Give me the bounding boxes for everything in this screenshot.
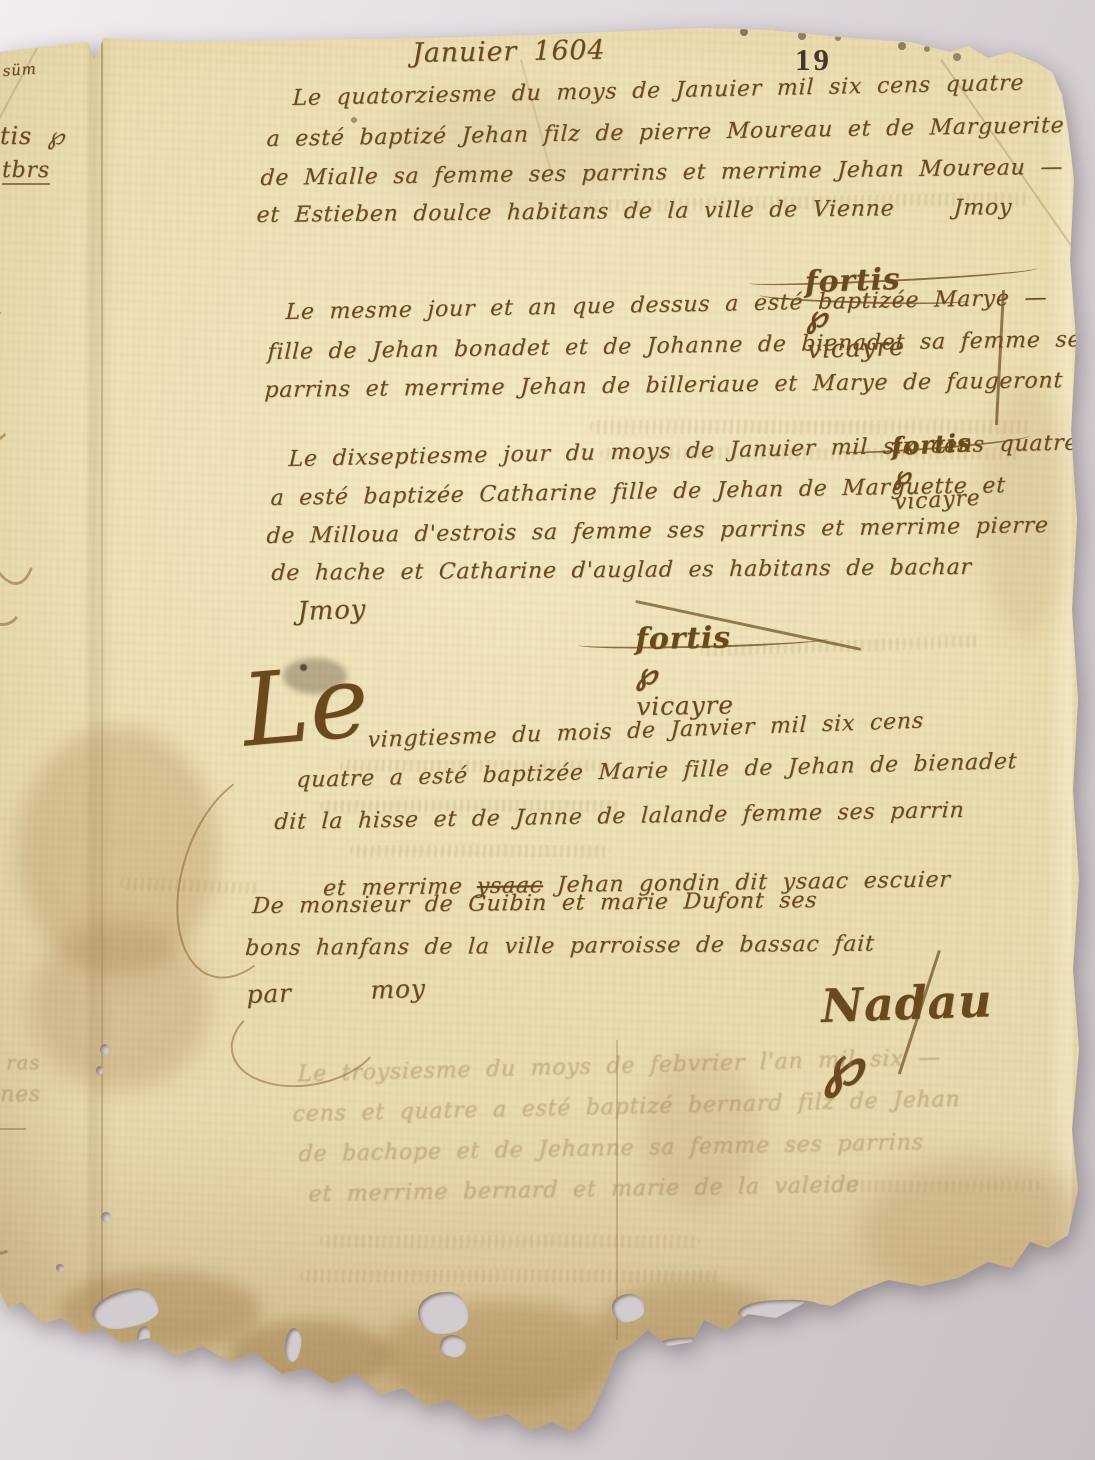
entry4-line6: bons hanfans de la ville parroisse de ba… [244,932,875,961]
margin-fragment: tis ℘ [0,122,65,150]
edge-stain [60,1270,260,1350]
manuscript-paper-wrap: Januier 1604 19 Le quatorziesme du moys … [0,0,1095,1460]
bleed-through-text [300,1270,720,1282]
paraph-flourish: ℘ [635,657,651,692]
manuscript-paper: Januier 1604 19 Le quatorziesme du moys … [0,0,1095,1460]
margin-pen-stroke [0,1128,26,1130]
margin-fragment: ras [6,1050,40,1074]
bleed-through-text [320,1235,700,1248]
margin-fragment: süm [2,60,37,80]
worm-hole [101,1212,111,1222]
bleed-through-text [840,1180,1040,1192]
paper-hole [418,1292,468,1334]
torn-edge-specks [0,0,4,4]
fold-crease-vertical [101,36,103,1324]
header-month-year: Januier 1604 [412,35,606,69]
signature-name: Nadau [820,973,993,1033]
worm-hole [100,1044,109,1055]
paper-hole [647,1336,706,1363]
worm-hole [96,1066,103,1075]
edge-stain [230,1320,390,1390]
entry4-initial: Le [238,651,373,762]
margin-fragment: tbrs [2,158,50,185]
edge-stain [380,1300,620,1410]
entry3-closing: Jmoy [297,595,367,627]
margin-fragment: nes [0,1082,41,1107]
water-stain [980,380,1070,640]
worm-hole [56,1264,64,1272]
page-number-stamp: 19 [795,42,832,78]
right-edge-highlight [1046,60,1072,1240]
